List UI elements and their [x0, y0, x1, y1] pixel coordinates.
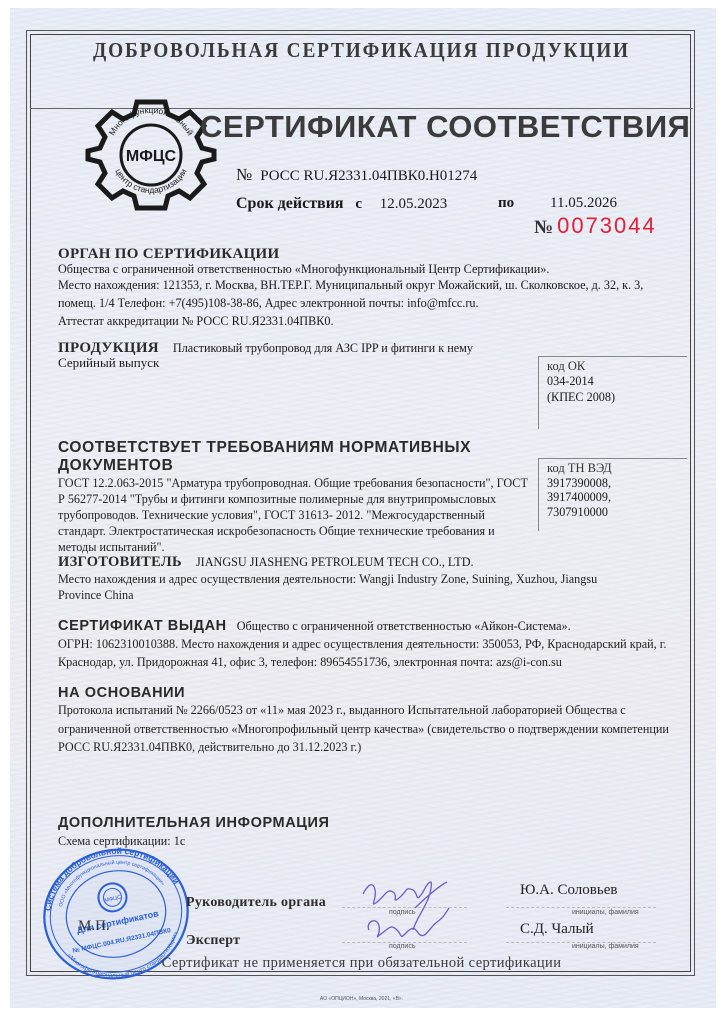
code-tnved-value: 7307910000 — [547, 505, 687, 520]
code-ok-value: (КПЕС 2008) — [547, 390, 687, 405]
signatory-name: С.Д. Чалый — [520, 921, 594, 938]
validity-label: Срок действия — [236, 195, 344, 212]
additional-info-section: ДОПОЛНИТЕЛЬНАЯ ИНФОРМАЦИЯ Схема сертифик… — [58, 815, 678, 849]
number-symbol: № — [236, 165, 252, 184]
code-tnved-box: код ТН ВЭД 3917390008, 3917400009, 73079… — [538, 458, 687, 531]
name-caption: инициалы, фамилия — [572, 943, 639, 950]
product-name: Пластиковый трубопровод для АЗС IPP и фи… — [173, 341, 473, 355]
validity-period: Срок действия с 12.05.2023 по 11.05.2026 — [236, 195, 447, 213]
top-title: ДОБРОВОЛЬНАЯ СЕРТИФИКАЦИЯ ПРОДУКЦИИ — [57, 38, 667, 63]
signature-caption: подпись — [389, 943, 415, 950]
basis-text: Протокола испытаний № 2266/0523 от «11» … — [58, 701, 688, 757]
issued-to-section: СЕРТИФИКАТ ВЫДАНОбщество с ограниченной … — [58, 617, 678, 671]
from-label: с — [355, 196, 362, 212]
signatory-role: Эксперт — [186, 933, 240, 948]
certification-body-heading: ОРГАН ПО СЕРТИФИКАЦИИ — [58, 246, 678, 263]
product-serial: Серийный выпуск — [58, 357, 528, 369]
issued-to-heading: СЕРТИФИКАТ ВЫДАН — [58, 618, 227, 634]
name-line — [506, 907, 656, 908]
certification-body-line: Аттестат аккредитации № РОСС RU.Я2331.04… — [58, 312, 678, 330]
certification-body-line: помещ. 1/4 Телефон: +7(495)108-38-86, Ад… — [58, 294, 678, 312]
svg-text:МФЦС: МФЦС — [126, 148, 177, 165]
normative-documents-text: ГОСТ 12.2.063-2015 "Арматура трубопровод… — [58, 475, 534, 555]
certification-body-section: ОРГАН ПО СЕРТИФИКАЦИИ Общества с огранич… — [58, 246, 678, 330]
code-tnved-label: код ТН ВЭД — [547, 461, 687, 476]
certification-body-line: Место нахождения: 121353, г. Москва, ВН.… — [58, 276, 678, 294]
issued-to-name: Общество с ограниченной ответственностью… — [237, 619, 571, 633]
code-tnved-value: 3917400009, — [547, 490, 687, 505]
additional-info-heading: ДОПОЛНИТЕЛЬНАЯ ИНФОРМАЦИЯ — [58, 815, 678, 831]
code-ok-box: код ОК 034-2014 (КПЕС 2008) — [538, 356, 687, 429]
product-section: ПРОДУКЦИЯПластиковый трубопровод для АЗС… — [58, 339, 528, 369]
normative-documents-section: СООТВЕТСТВУЕТ ТРЕБОВАНИЯМ НОРМАТИВНЫХ ДО… — [58, 439, 534, 555]
blank-number-symbol: № — [534, 217, 553, 238]
normative-documents-heading: СООТВЕТСТВУЕТ ТРЕБОВАНИЯМ НОРМАТИВНЫХ ДО… — [58, 439, 534, 475]
code-ok-label: код ОК — [547, 359, 687, 374]
valid-from: 12.05.2023 — [380, 196, 448, 212]
basis-section: НА ОСНОВАНИИ Протокола испытаний № 2266/… — [58, 685, 688, 757]
name-caption: инициалы, фамилия — [572, 909, 639, 916]
code-tnved-value: 3917390008, — [547, 476, 687, 491]
svg-text:Многофункциональный: Многофункциональный — [107, 105, 196, 137]
stamp-place-label: М.П. — [78, 918, 110, 935]
code-ok-value: 034-2014 — [547, 374, 687, 389]
signature-row-head: Руководитель органа — [186, 893, 326, 911]
manufacturer-name: JIANGSU JIASHENG PETROLEUM TECH CO., LTD… — [196, 555, 474, 569]
manufacturer-section: ИЗГОТОВИТЕЛЬJIANGSU JIASHENG PETROLEUM T… — [58, 553, 678, 603]
certificate-number-value: РОСС RU.Я2331.04ПВК0.Н01274 — [260, 168, 477, 184]
certificate-number: №РОСС RU.Я2331.04ПВК0.Н01274 — [236, 165, 477, 185]
blank-number: №0073044 — [534, 213, 657, 239]
signatory-name: Ю.А. Соловьев — [520, 882, 617, 899]
certification-body-line: Общества с ограниченной ответственностью… — [58, 263, 678, 276]
main-title: СЕРТИФИКАТ СООТВЕТСТВИЯ — [200, 109, 690, 145]
manufacturer-address: Место нахождения и адрес осуществления д… — [58, 571, 638, 603]
printer-imprint: АО «ОПЦИОН», Москва, 2021, «В». — [30, 996, 693, 1002]
blank-number-value: 0073044 — [557, 213, 657, 238]
manufacturer-heading: ИЗГОТОВИТЕЛЬ — [58, 554, 182, 570]
issued-to-details: ОГРН: 1062310010388. Место нахождения и … — [58, 635, 678, 671]
valid-to: 11.05.2026 — [550, 195, 617, 212]
to-label: по — [498, 195, 514, 212]
signatory-role: Руководитель органа — [186, 895, 326, 910]
basis-heading: НА ОСНОВАНИИ — [58, 685, 688, 701]
footer-note: Сертификат не применяется при обязательн… — [30, 955, 693, 972]
signature-row-expert: Эксперт — [186, 931, 240, 949]
